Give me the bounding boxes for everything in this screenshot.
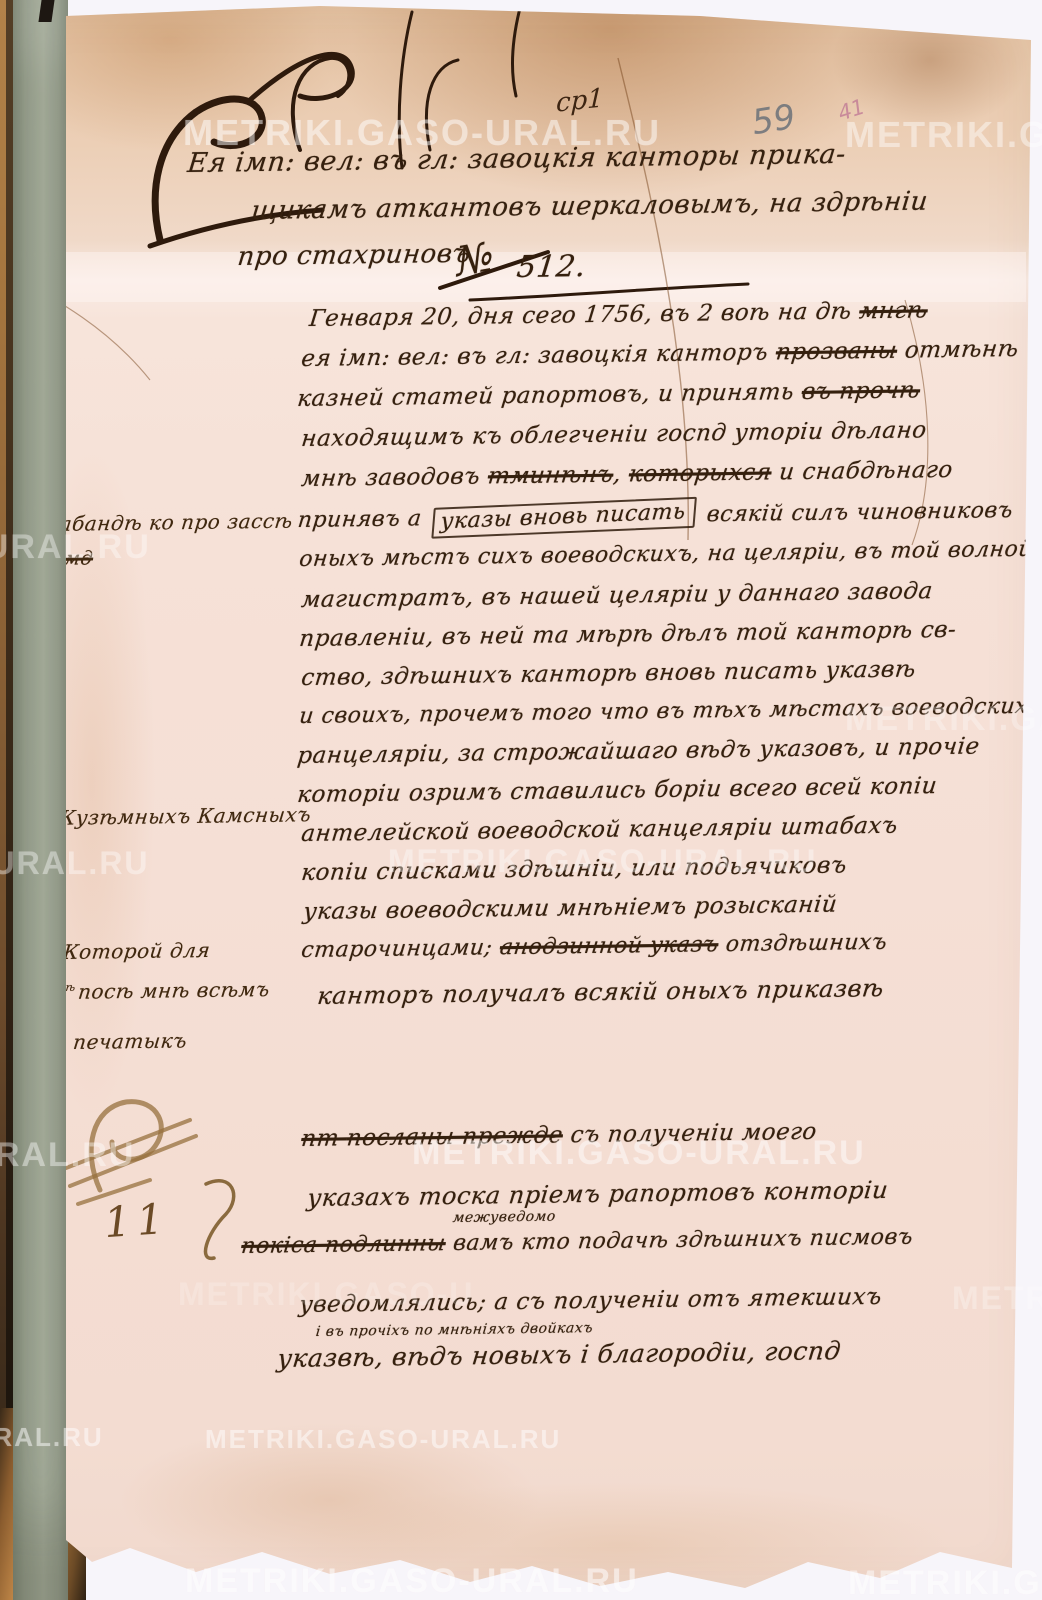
handwriting-strike-segment: въ прочѣ: [800, 377, 921, 405]
handwriting-segment: всякій силъ чиновниковъ: [698, 498, 1014, 527]
handwritten-line: указвѣ, вѣдъ новыхъ і благородіи, госпд: [276, 1336, 842, 1373]
watermark-text: METRIKI.GA: [848, 1564, 1042, 1600]
document-number: 512.: [515, 249, 588, 285]
margin-note: нѣпосѣ мнѣ всѣмъ: [56, 977, 271, 1004]
handwriting-strike-segment: пт: [300, 1125, 348, 1152]
handwriting-segment: которіи озримъ ставились боріи всего все…: [296, 773, 939, 808]
handwritten-line: принявъ а указы вновь писать всякій силъ…: [296, 496, 1015, 537]
page-number-pencil: 59: [749, 97, 798, 143]
binding-strip: [13, 0, 68, 1600]
watermark-text: METRIKI.GA: [845, 700, 1042, 739]
heading-line: щикамъ аткантовъ шеркаловымъ, на здрѣніи: [250, 187, 930, 226]
handwriting-segment: оныхъ мѣстъ сихъ воеводскихъ, на целяріи…: [298, 537, 1034, 572]
handwriting-segment: вамъ кто подачѣ здѣшнихъ писмовъ: [444, 1225, 914, 1257]
handwritten-line: антелейской воеводской канцеляріи штабах…: [300, 813, 899, 847]
handwritten-line: покіса подлинны вамъ кто подачѣ здѣшнихъ…: [240, 1225, 914, 1259]
handwritten-line: магистратъ, въ нашей целяріи у даннаго з…: [300, 578, 934, 613]
margin-note: Которой для: [62, 938, 212, 964]
watermark-text: METRIKI.: [952, 1280, 1042, 1317]
watermark-text: METRIKI.GASO-URAL.RU: [183, 112, 661, 154]
heading-line: про стахриновъ: [236, 239, 472, 272]
watermark-text: -URAL.RU: [0, 1136, 135, 1175]
margin-number: 11: [102, 1194, 171, 1247]
handwriting-segment: старочинцами;: [300, 935, 501, 963]
manuscript-photo: ср1 59 41 № 512. Ея імп: вел: въ гл: зав…: [0, 0, 1042, 1600]
handwriting-segment: антелейской воеводской канцеляріи штабах…: [300, 813, 899, 847]
handwritten-line: ство, здѣшнихъ канторѣ вновь писать указ…: [300, 656, 917, 691]
handwriting-segment: про стахриновъ: [236, 239, 472, 272]
handwriting-segment: межуведомо: [452, 1209, 557, 1226]
handwritten-line: старочинцами; анодзинной указъ отздѣшних…: [300, 930, 888, 963]
handwriting-segment: канторъ получалъ всякій оныхъ приказвѣ: [316, 974, 885, 1010]
handwritten-line: Генваря 20, дня сего 1756, въ 2 воѣ на д…: [308, 297, 929, 332]
watermark-text: METRIKI.GA: [845, 114, 1042, 156]
handwritten-line: канторъ получалъ всякій оныхъ приказвѣ: [316, 974, 885, 1010]
interlinear-note: і въ прочіхъ по мнѣніяхъ двойкахъ: [315, 1320, 594, 1340]
handwriting-strike-segment: прозваны: [775, 338, 899, 366]
watermark-text: -URAL.RU: [0, 1422, 104, 1453]
handwriting-strike-segment: анодзинной указъ: [499, 932, 720, 960]
handwritten-line: казней статей рапортовъ, и принять въ пр…: [296, 377, 921, 412]
handwritten-line: указахъ тоска пріемъ рапортовъ конторіи: [306, 1176, 890, 1212]
watermark-text: METRIKI.GASO-U: [178, 1276, 474, 1313]
handwriting-box-segment: указы вновь писать: [431, 497, 696, 539]
handwriting-segment: находящимъ къ облегченіи госпд уторіи дѣ…: [300, 417, 928, 452]
handwritten-line: указы воеводскими мнѣніемъ розысканій: [302, 892, 839, 925]
handwriting-segment: посѣ мнѣ всѣмъ: [77, 977, 271, 1004]
handwriting-segment: ство, здѣшнихъ канторѣ вновь писать указ…: [300, 656, 917, 691]
handwriting-segment: казней статей рапортовъ, и принять: [296, 379, 803, 412]
handwritten-line: оныхъ мѣстъ сихъ воеводскихъ, на целяріи…: [298, 537, 1034, 572]
margin-note: печатыкъ: [72, 1028, 188, 1054]
watermark-text: METRIKI.GASO-URAL.RU: [412, 1134, 866, 1173]
handwritten-line: мнѣ заводовъ тминѣнъ, которыхся и снабдѣ…: [300, 457, 954, 492]
handwriting-segment: х Кузѣмныхъ Камсныхъ: [40, 802, 313, 830]
margin-note: х Кузѣмныхъ Камсныхъ: [40, 802, 313, 830]
watermark-text: O-URAL.RU: [0, 528, 151, 567]
handwriting-segment: отмѣнѣ: [896, 336, 1020, 364]
handwriting-strike-segment: покіса подлинны: [240, 1231, 447, 1259]
handwriting-segment: печатыкъ: [72, 1028, 188, 1054]
watermark-text: O-URAL.RU: [0, 845, 150, 882]
handwriting-segment: ея імп: вел: въ гл: завоцкія канторъ: [300, 339, 777, 372]
handwriting-segment: указвѣ, вѣдъ новыхъ і благородіи, госпд: [276, 1336, 842, 1373]
handwritten-line: которіи озримъ ставились боріи всего все…: [296, 773, 939, 808]
interlinear-note: межуведомо: [452, 1209, 557, 1226]
handwriting-segment: магистратъ, въ нашей целяріи у даннаго з…: [300, 578, 934, 613]
handwriting-segment: Которой для: [62, 938, 212, 964]
handwriting-segment: принявъ а: [296, 506, 430, 533]
handwriting-segment: мнѣ заводовъ: [300, 463, 489, 492]
watermark-text: METRIKI.GASO-URAL.RU: [388, 843, 817, 880]
handwriting-segment: Генваря 20, дня сего 1756, въ 2 воѣ на д…: [308, 298, 861, 332]
handwriting-segment: указы воеводскими мнѣніемъ розысканій: [302, 892, 839, 925]
handwritten-line: ея імп: вел: въ гл: завоцкія канторъ про…: [300, 336, 1020, 372]
handwriting-segment: правленіи, въ ней та мѣрѣ дѣлъ той канто…: [298, 617, 958, 652]
handwriting-segment: і въ прочіхъ по мнѣніяхъ двойкахъ: [315, 1320, 594, 1340]
handwriting-segment: указахъ тоска пріемъ рапортовъ конторіи: [306, 1176, 890, 1212]
handwritten-line: находящимъ къ облегченіи госпд уторіи дѣ…: [300, 417, 928, 452]
handwriting-strike-segment: которыхся: [628, 459, 773, 487]
handwriting-strike-segment: мнгѣ: [858, 297, 929, 324]
handwriting-segment: отздѣшнихъ: [717, 930, 889, 957]
manuscript-page: ср1 59 41 № 512. Ея імп: вел: въ гл: зав…: [0, 0, 1042, 1600]
watermark-text: METRIKI.GASO-URAL.RU: [205, 1424, 561, 1455]
handwriting-segment: щикамъ аткантовъ шеркаловымъ, на здрѣніи: [250, 187, 930, 226]
handwritten-line: правленіи, въ ней та мѣрѣ дѣлъ той канто…: [298, 617, 958, 652]
handwriting-strike-segment: тминѣнъ: [487, 462, 615, 490]
watermark-text: METRIKI.GASO-URAL.RU: [185, 1562, 639, 1600]
handwriting-segment: и снабдѣнаго: [770, 457, 954, 486]
